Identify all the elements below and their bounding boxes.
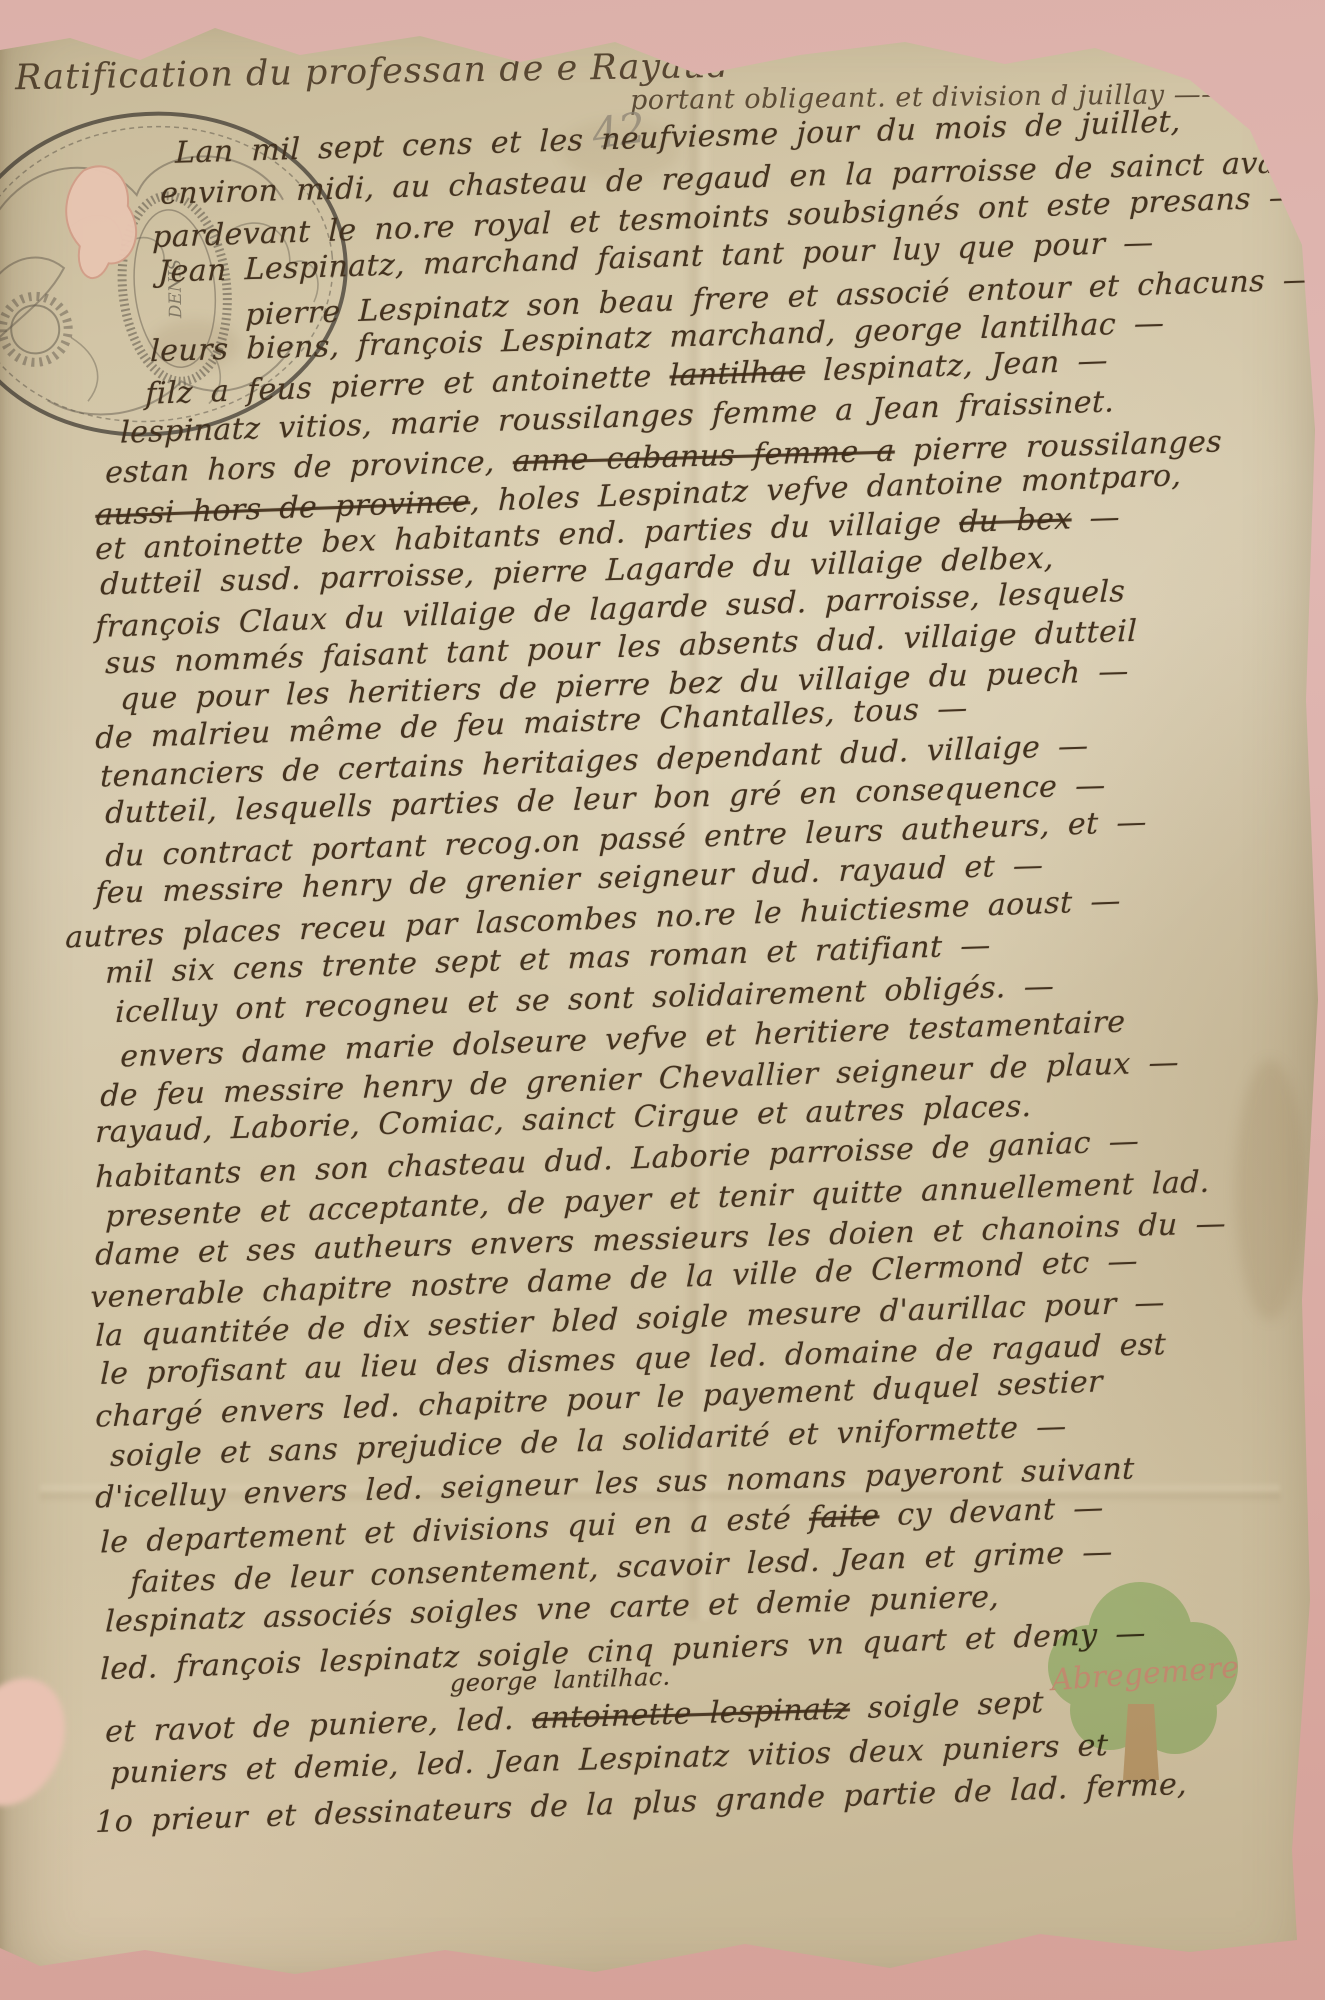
manuscript-line: george lantilhac.: [450, 1663, 671, 1698]
tree-trunk: [1123, 1704, 1159, 1780]
paper-stain: [1235, 1060, 1305, 1320]
photo-backdrop: DENIS Ratification du professan de e Ray…: [0, 0, 1325, 2000]
manuscript-page: DENIS Ratification du professan de e Ray…: [0, 0, 1325, 2000]
paper-tear: [62, 163, 141, 280]
tree-watermark: Abregemere: [1015, 1572, 1265, 1790]
title-inscription: Ratification du professan de e Rayaud: [15, 46, 731, 98]
